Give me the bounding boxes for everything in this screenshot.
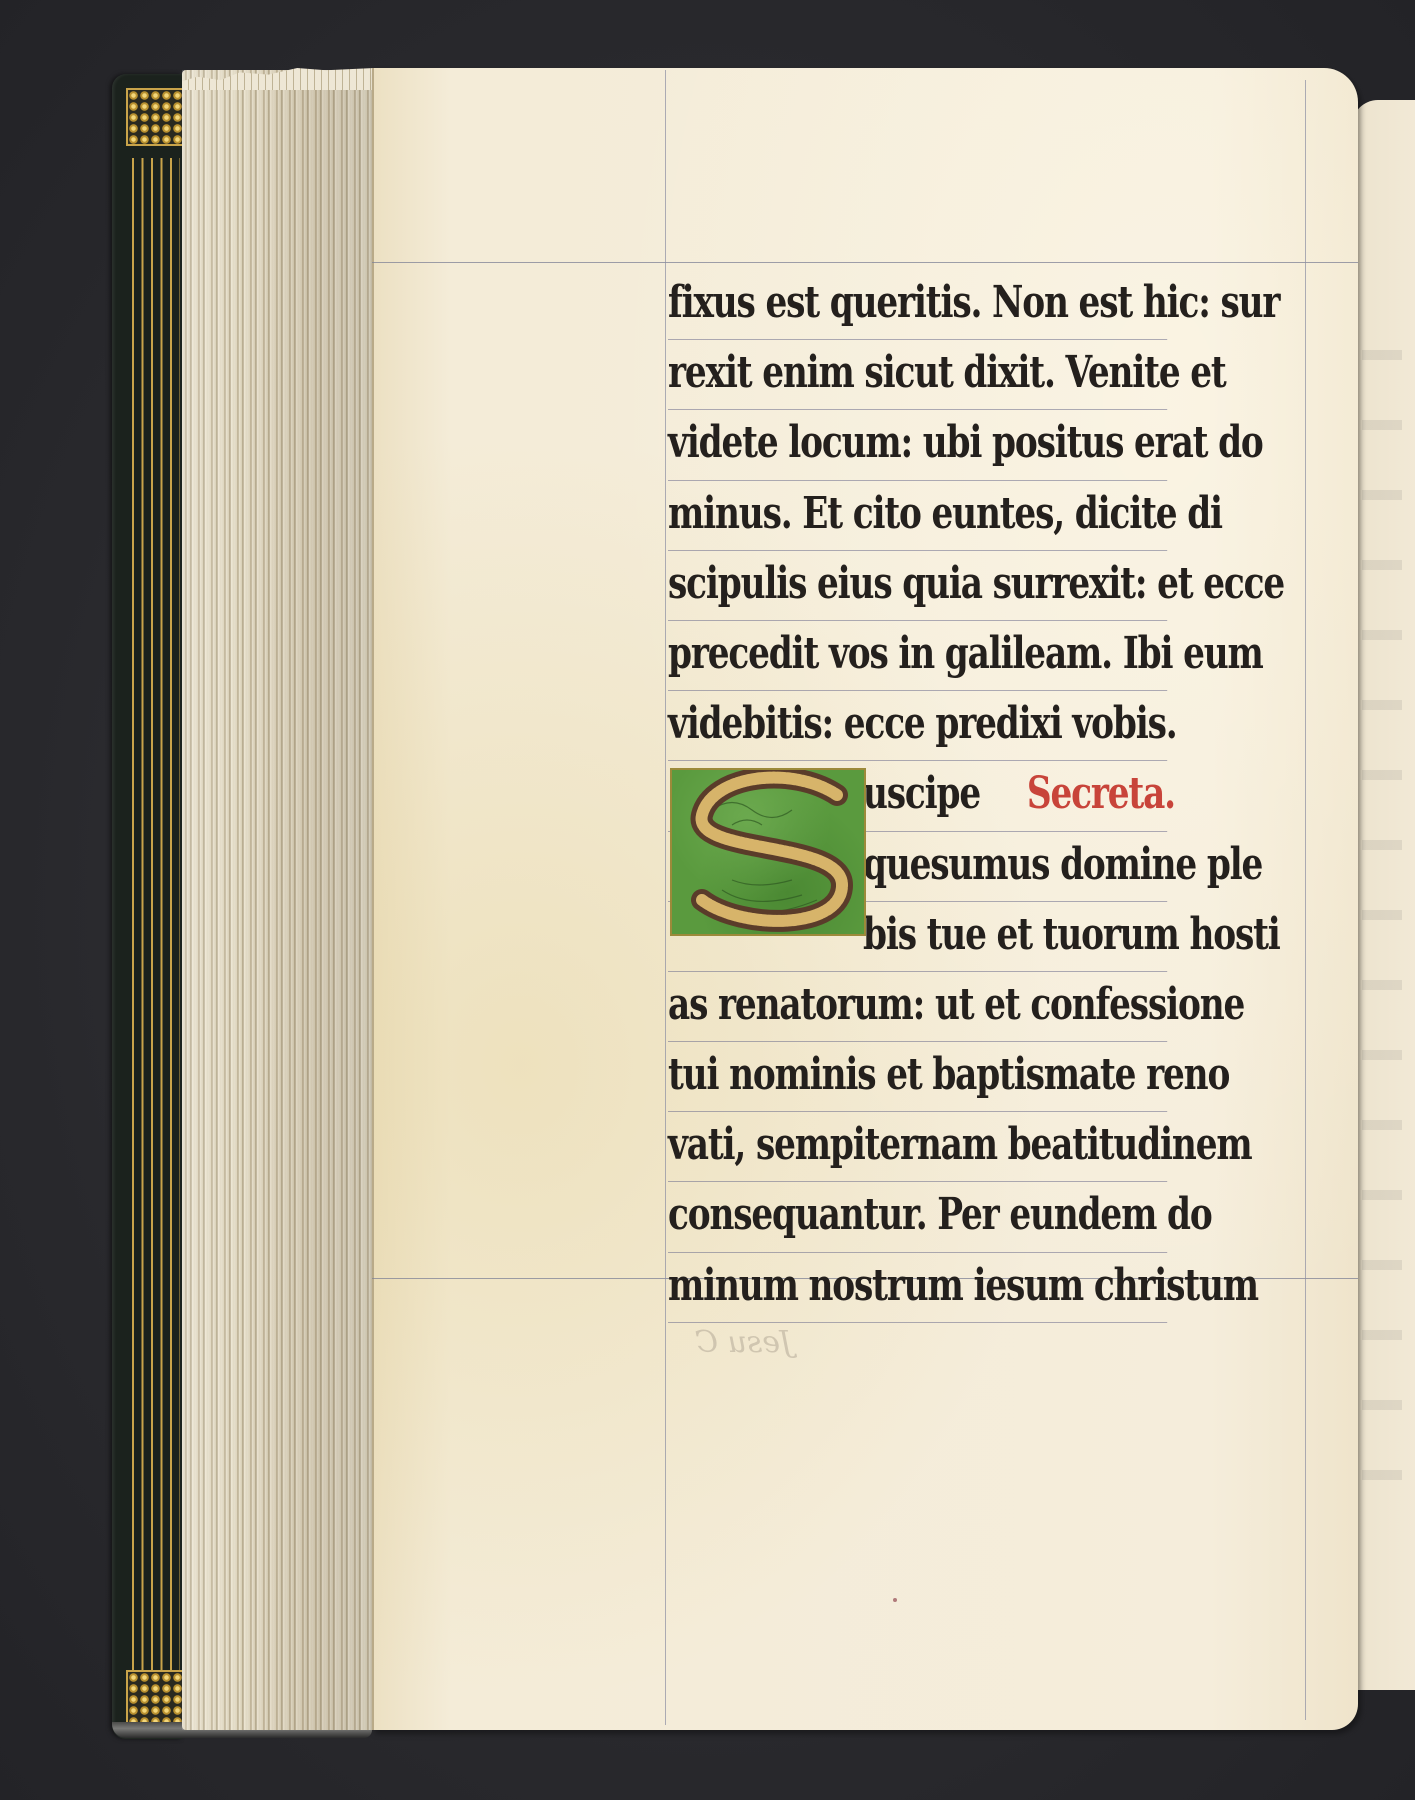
text-line: tui nominis et baptismate reno [668,1042,1167,1112]
text-line: minus. Et cito euntes, dicite di [668,481,1167,551]
rubric-secreta: Secreta. [1027,768,1175,819]
gold-tooled-lines [132,158,180,1678]
text-line: precedit vos in galileam. Ibi eum [668,621,1167,691]
text-line: scipulis eius quia surrexit: et ecce [668,551,1167,621]
next-page-edge [1352,100,1415,1690]
initial-flourish-icon [672,770,866,936]
text-line: rexit enim sicut dixit. Venite et [668,340,1167,410]
gold-tooled-corner-top [126,88,186,146]
show-through-note: Jesu C [695,1325,792,1360]
page-stain [893,1598,897,1602]
next-page-text-bleed [1362,300,1402,1500]
page-gutter [372,68,374,1730]
illuminated-initial-s [670,768,866,936]
ruling-top [372,262,1358,263]
text-suscipe: uscipe [863,768,980,819]
ruling-left [665,70,666,1725]
text-line: consequantur. Per eundem do [668,1182,1167,1252]
gold-tooled-corner-bottom [126,1670,186,1724]
text-line: as renatorum: ut et confessione [668,972,1167,1042]
text-line: fixus est queritis. Non est hic: sur [668,270,1167,340]
text-line: videte locum: ubi positus erat do [668,410,1167,480]
page-stack-shading [182,70,374,1730]
text-line: videbitis: ecce predixi vobis. [668,691,1167,761]
text-line: minum nostrum iesum christum [668,1253,1167,1323]
text-line: vati, sempiternam beatitudinem [668,1112,1167,1182]
